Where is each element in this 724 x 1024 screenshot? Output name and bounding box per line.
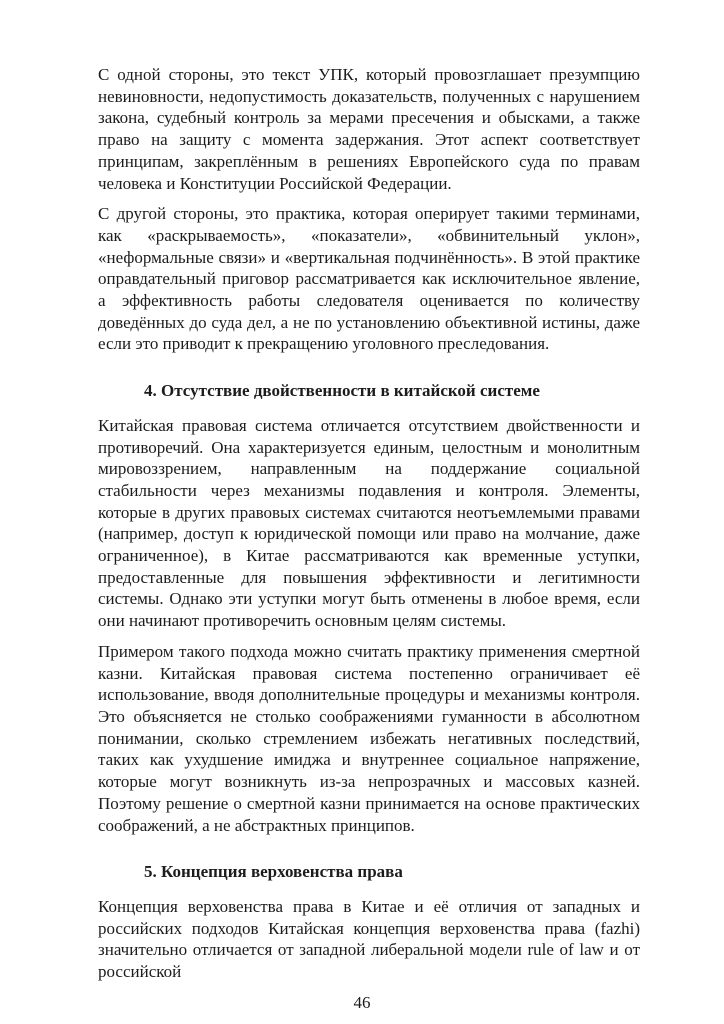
section-heading-5: 5. Концепция верховенства права bbox=[98, 861, 640, 883]
section-heading-4: 4. Отсутствие двойственности в китайской… bbox=[98, 380, 640, 402]
body-paragraph-2: С другой стороны, это практика, которая … bbox=[98, 203, 640, 355]
body-paragraph-3: Китайская правовая система отличается от… bbox=[98, 415, 640, 632]
body-paragraph-5: Концепция верховенства права в Китае и е… bbox=[98, 896, 640, 983]
page-number: 46 bbox=[0, 992, 724, 1014]
body-paragraph-1: С одной стороны, это текст УПК, который … bbox=[98, 64, 640, 194]
document-page: С одной стороны, это текст УПК, который … bbox=[0, 0, 724, 1024]
body-paragraph-4: Примером такого подхода можно считать пр… bbox=[98, 641, 640, 836]
